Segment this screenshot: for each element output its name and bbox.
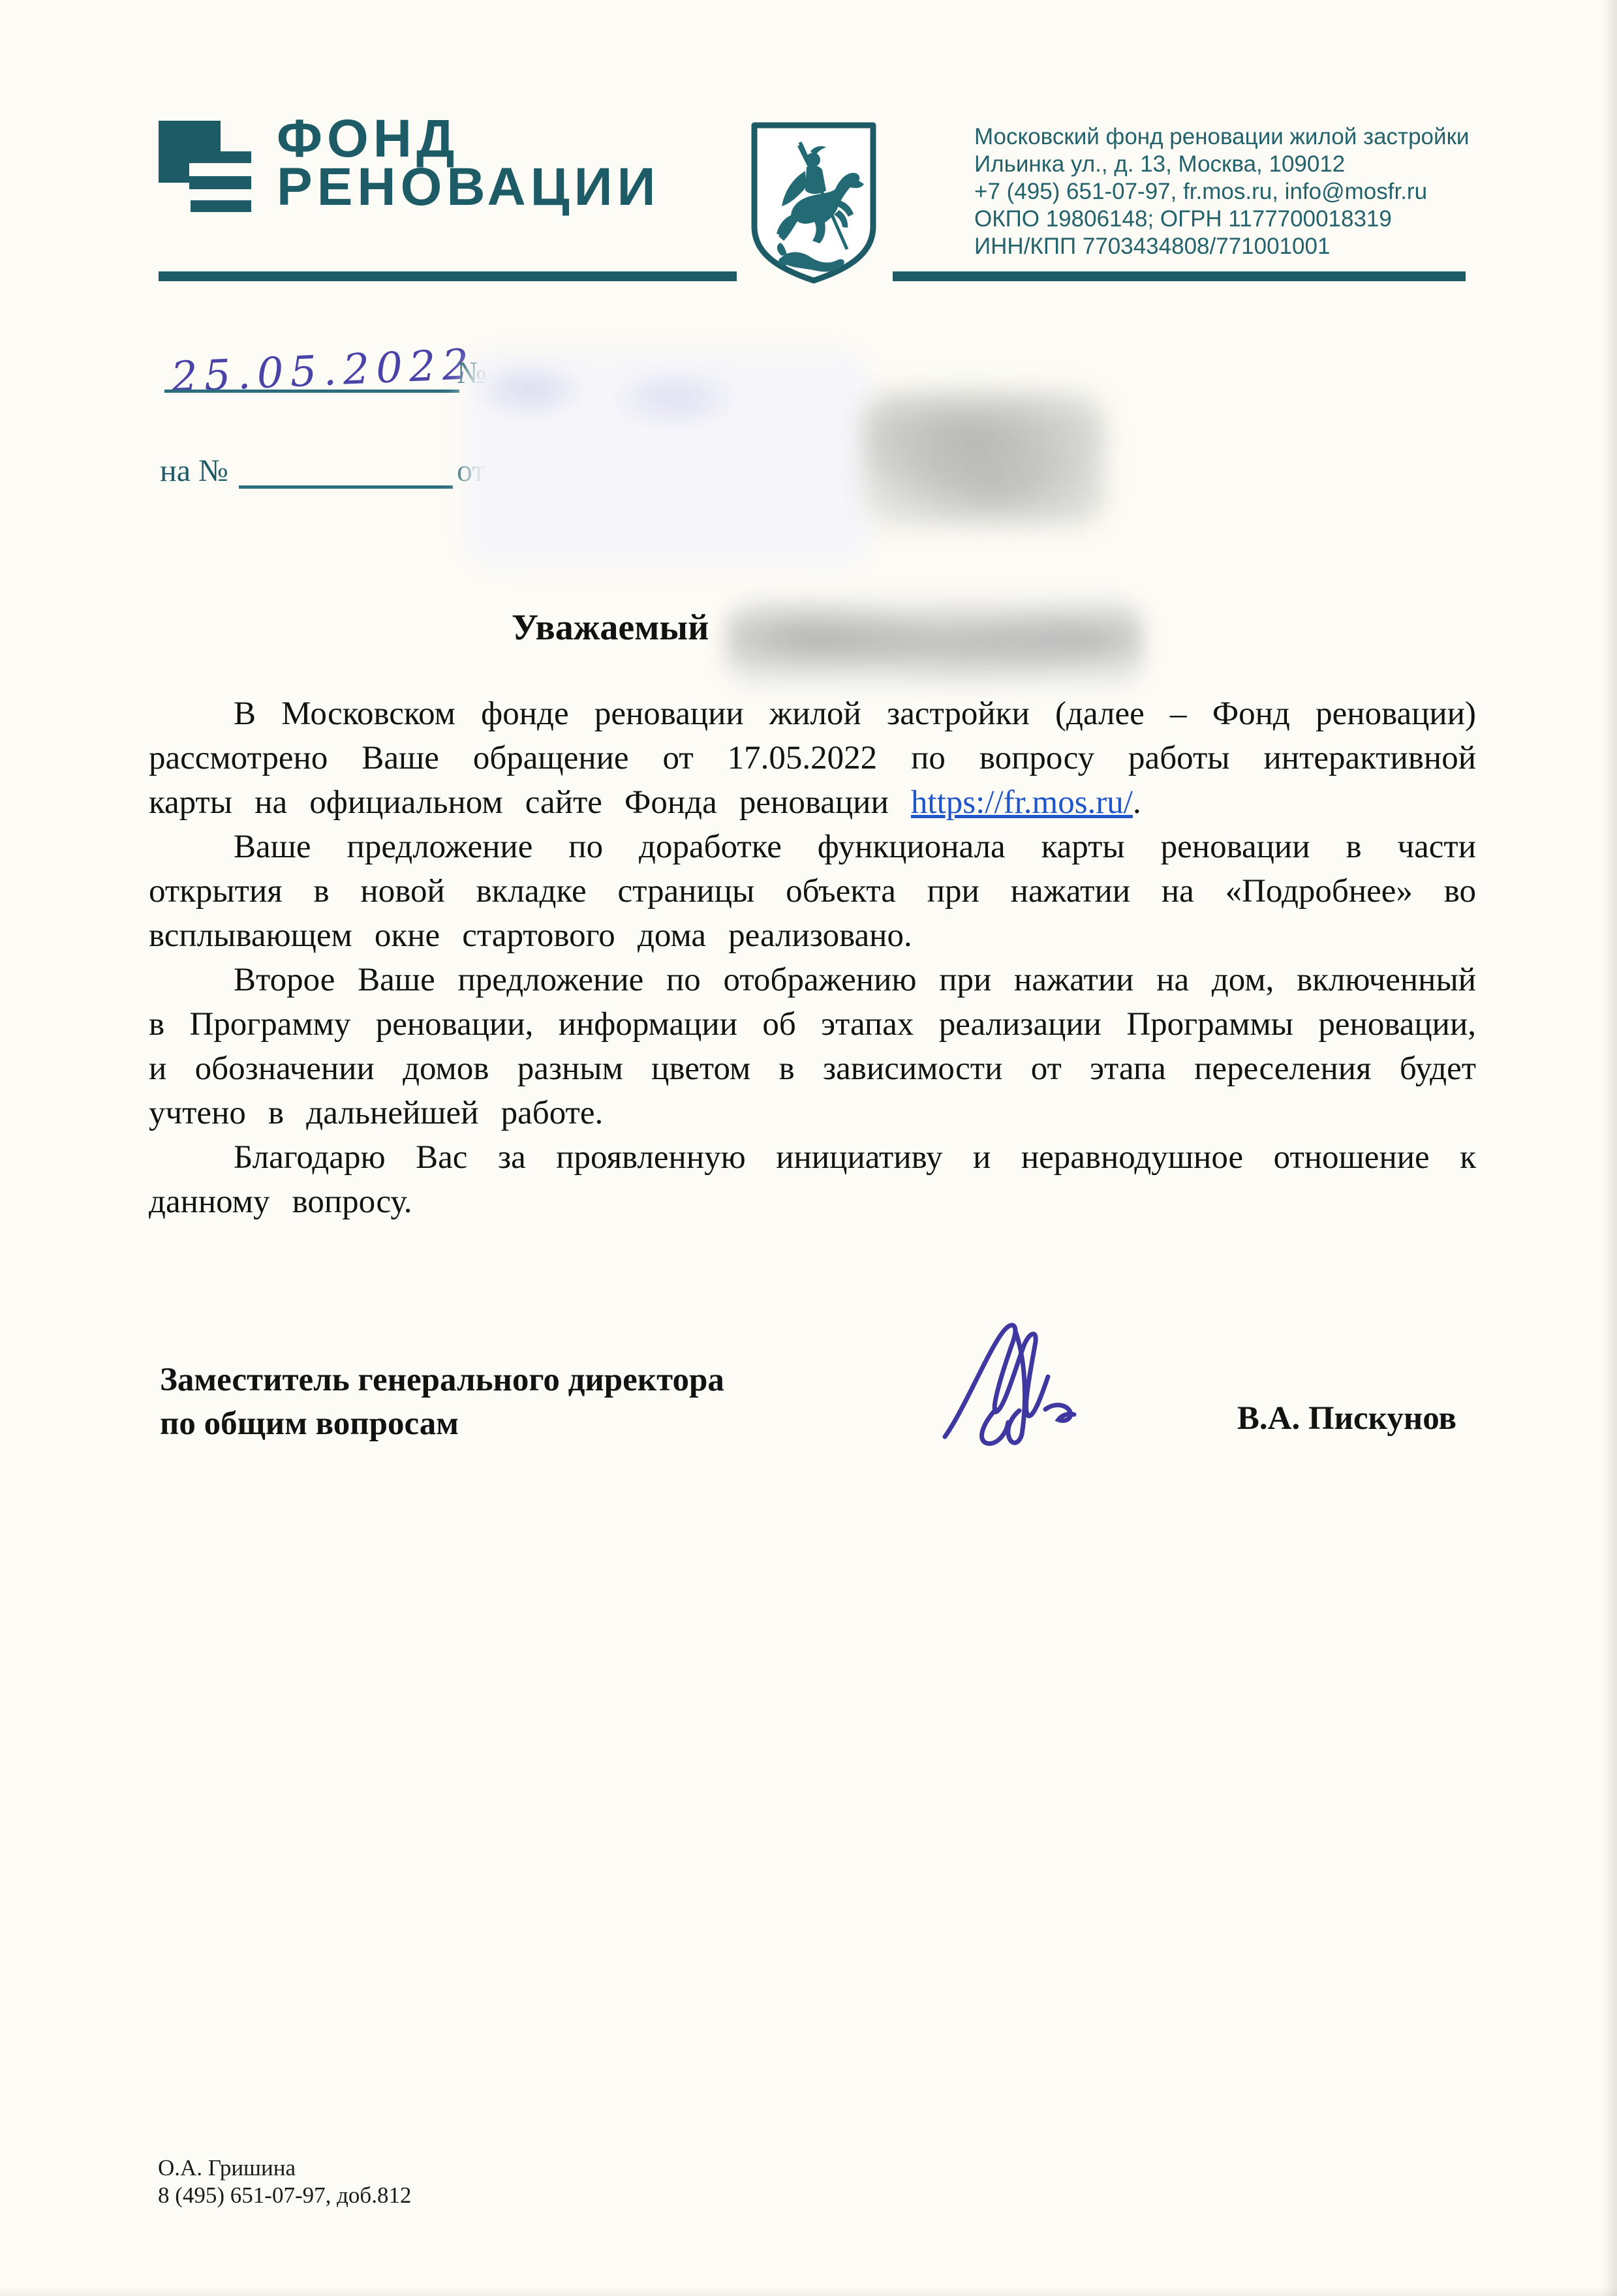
- signer-name: В.А. Пискунов: [1237, 1400, 1456, 1437]
- paragraph-2: Ваше предложение по доработке функционал…: [149, 825, 1476, 958]
- org-okpo-ogrn: ОКПО 19806148; ОГРН 1177700018319: [974, 206, 1469, 233]
- org-name: Московский фонд реновации жилой застройк…: [974, 123, 1469, 151]
- signer-title-line-1: Заместитель генерального директора: [160, 1358, 724, 1402]
- paragraph-3: Второе Ваше предложение по отображению п…: [149, 958, 1476, 1135]
- letter-page: ФОНД РЕНОВАЦИИ Московский фонд реновации…: [0, 0, 1617, 2296]
- paragraph-1-text: В Московском фонде реновации жилой застр…: [149, 696, 1476, 821]
- paragraph-1-period: .: [1133, 784, 1141, 821]
- logo-wordmark: ФОНД РЕНОВАЦИИ: [277, 115, 660, 211]
- org-inn-kpp: ИНН/КПП 7703434808/771001001: [974, 233, 1469, 260]
- executor-contact: О.А. Гришина 8 (495) 651-07-97, доб.812: [158, 2154, 412, 2209]
- paragraph-4: Благодарю Вас за проявленную инициативу …: [149, 1135, 1476, 1224]
- date-underline: [164, 390, 459, 393]
- paragraph-1: В Московском фонде реновации жилой застр…: [149, 692, 1476, 825]
- redacted-outgoing-number-blur: [465, 351, 869, 566]
- signer-title: Заместитель генерального директора по об…: [160, 1358, 724, 1446]
- signature-scribble-icon: [925, 1313, 1141, 1453]
- on-number-label: на №: [160, 453, 228, 489]
- redacted-recipient-name-blur: [726, 599, 1143, 687]
- on-number-underline: [239, 485, 453, 489]
- moscow-coat-of-arms-icon: [748, 119, 880, 287]
- scan-edge-shadow-bottom: [0, 2287, 1617, 2296]
- redacted-recipient-block-blur: [863, 391, 1104, 525]
- fond-renovatsii-logo-icon: [159, 121, 251, 212]
- org-address: Ильинка ул., д. 13, Москва, 109012: [974, 151, 1469, 178]
- header-divider-left: [159, 271, 737, 281]
- executor-name: О.А. Гришина: [158, 2154, 412, 2182]
- org-contact-block: Московский фонд реновации жилой застройк…: [974, 123, 1469, 260]
- salutation: Уважаемый: [512, 607, 709, 649]
- header-divider-right: [893, 271, 1466, 281]
- signer-title-line-2: по общим вопросам: [160, 1402, 724, 1446]
- fr-mos-ru-link[interactable]: https://fr.mos.ru/: [911, 784, 1133, 821]
- logo-line-2: РЕНОВАЦИИ: [277, 163, 660, 211]
- scan-edge-shadow-right: [1601, 0, 1617, 2296]
- letter-body: В Московском фонде реновации жилой застр…: [149, 692, 1476, 1224]
- org-phone-web-email: +7 (495) 651-07-97, fr.mos.ru, info@mosf…: [974, 178, 1469, 206]
- executor-phone: 8 (495) 651-07-97, доб.812: [158, 2182, 412, 2209]
- logo-line-1: ФОНД: [277, 115, 660, 163]
